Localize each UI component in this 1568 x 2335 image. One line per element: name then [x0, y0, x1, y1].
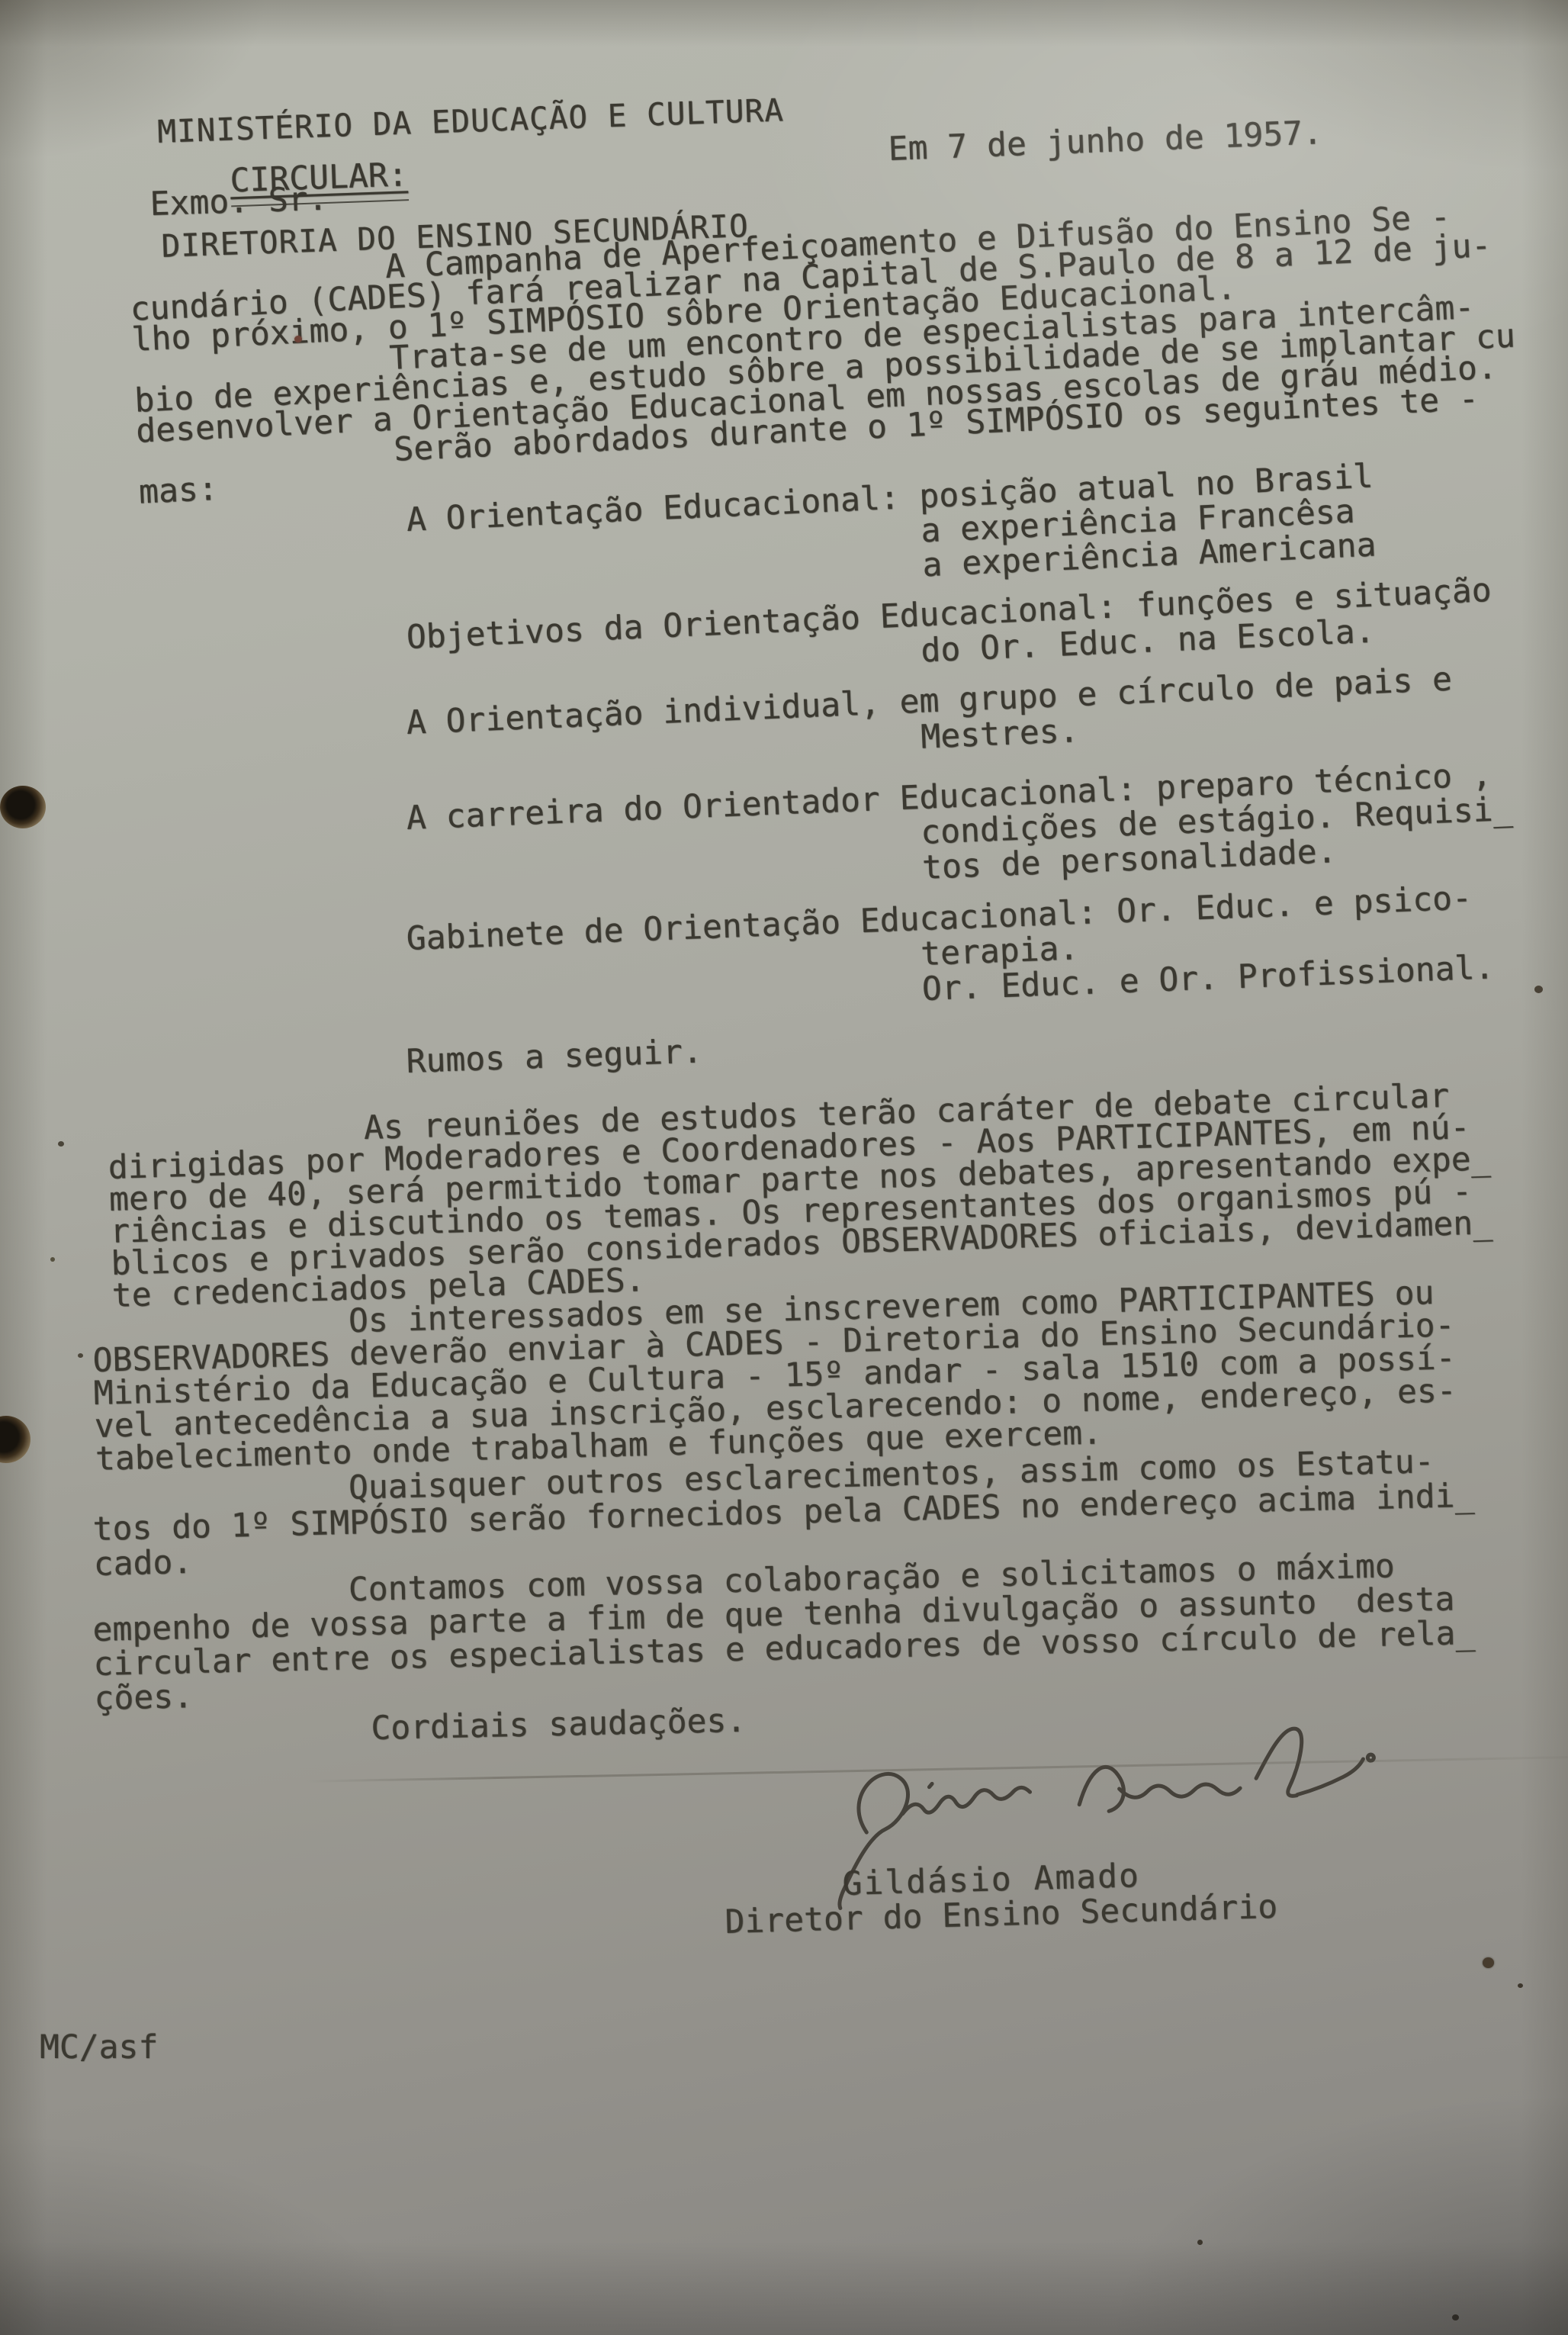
paper-speck	[1534, 986, 1543, 993]
paper-speck	[58, 1141, 64, 1147]
rumos-line: Rumos a seguir.	[406, 1036, 703, 1078]
paper-speck	[1452, 2314, 1459, 2321]
paragraph-interessados: Os interessados em se inscreverem como P…	[92, 1276, 1457, 1476]
paper-speck	[1197, 2240, 1203, 2245]
punch-hole-top	[0, 786, 46, 828]
typist-initials: MC/asf	[40, 2032, 158, 2063]
signature-handwriting	[795, 1705, 1462, 1914]
closing-salutation: Cordiais saudações.	[371, 1706, 747, 1745]
paper-speck	[50, 1257, 55, 1262]
paper-speck	[78, 1353, 83, 1358]
punch-hole-bottom	[0, 1416, 31, 1463]
date-line: Em 7 de junho de 1957.	[888, 117, 1323, 166]
paper-speck	[1483, 1957, 1494, 1968]
document-page: MINISTÉRIO DA EDUCAÇÃO E CULTURA DIRETOR…	[0, 0, 1568, 2335]
topic-gabinete: Gabinete de Orientação Educacional: Or. …	[406, 880, 1495, 1027]
paper-speck	[1518, 1983, 1523, 1988]
paragraph-contamos: Contamos com vossa colaboração e solicit…	[92, 1548, 1476, 1716]
salutation: Exmo. Sr.	[149, 184, 328, 220]
